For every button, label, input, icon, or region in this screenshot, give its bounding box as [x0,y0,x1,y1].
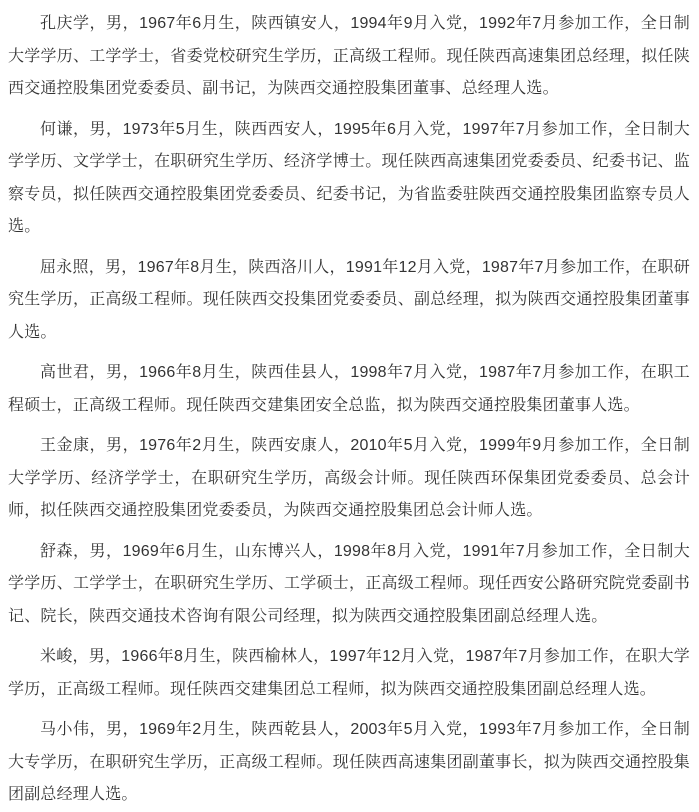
bio-paragraph-maxiaowei: 马小伟，男，1969年2月生，陕西乾县人，2003年5月入党，1993年7月参加… [8,714,690,812]
page-background: { "page": { "background_color": "#ffffff… [0,0,699,812]
bio-paragraph-shusen: 舒森，男，1969年6月生，山东博兴人，1998年8月入党，1991年7月参加工… [8,536,690,634]
bio-paragraph-quyongzhao: 屈永照，男，1967年8月生，陕西洛川人，1991年12月入党，1987年7月参… [8,252,690,350]
bio-paragraph-kongqingxue: 孔庆学，男，1967年6月生，陕西镇安人，1994年9月入党，1992年7月参加… [8,8,690,106]
bio-paragraph-wangjinkang: 王金康，男，1976年2月生，陕西安康人，2010年5月入党，1999年9月参加… [8,430,690,528]
bio-paragraph-mijun: 米峻，男，1966年8月生，陕西榆林人，1997年12月入党，1987年7月参加… [8,641,690,706]
announcement-article: 孔庆学，男，1967年6月生，陕西镇安人，1994年9月入党，1992年7月参加… [8,8,690,812]
bio-paragraph-heqian: 何谦，男，1973年5月生，陕西西安人，1995年6月入党，1997年7月参加工… [8,114,690,244]
bio-paragraph-gaoshijun: 高世君，男，1966年8月生，陕西佳县人，1998年7月入党，1987年7月参加… [8,357,690,422]
